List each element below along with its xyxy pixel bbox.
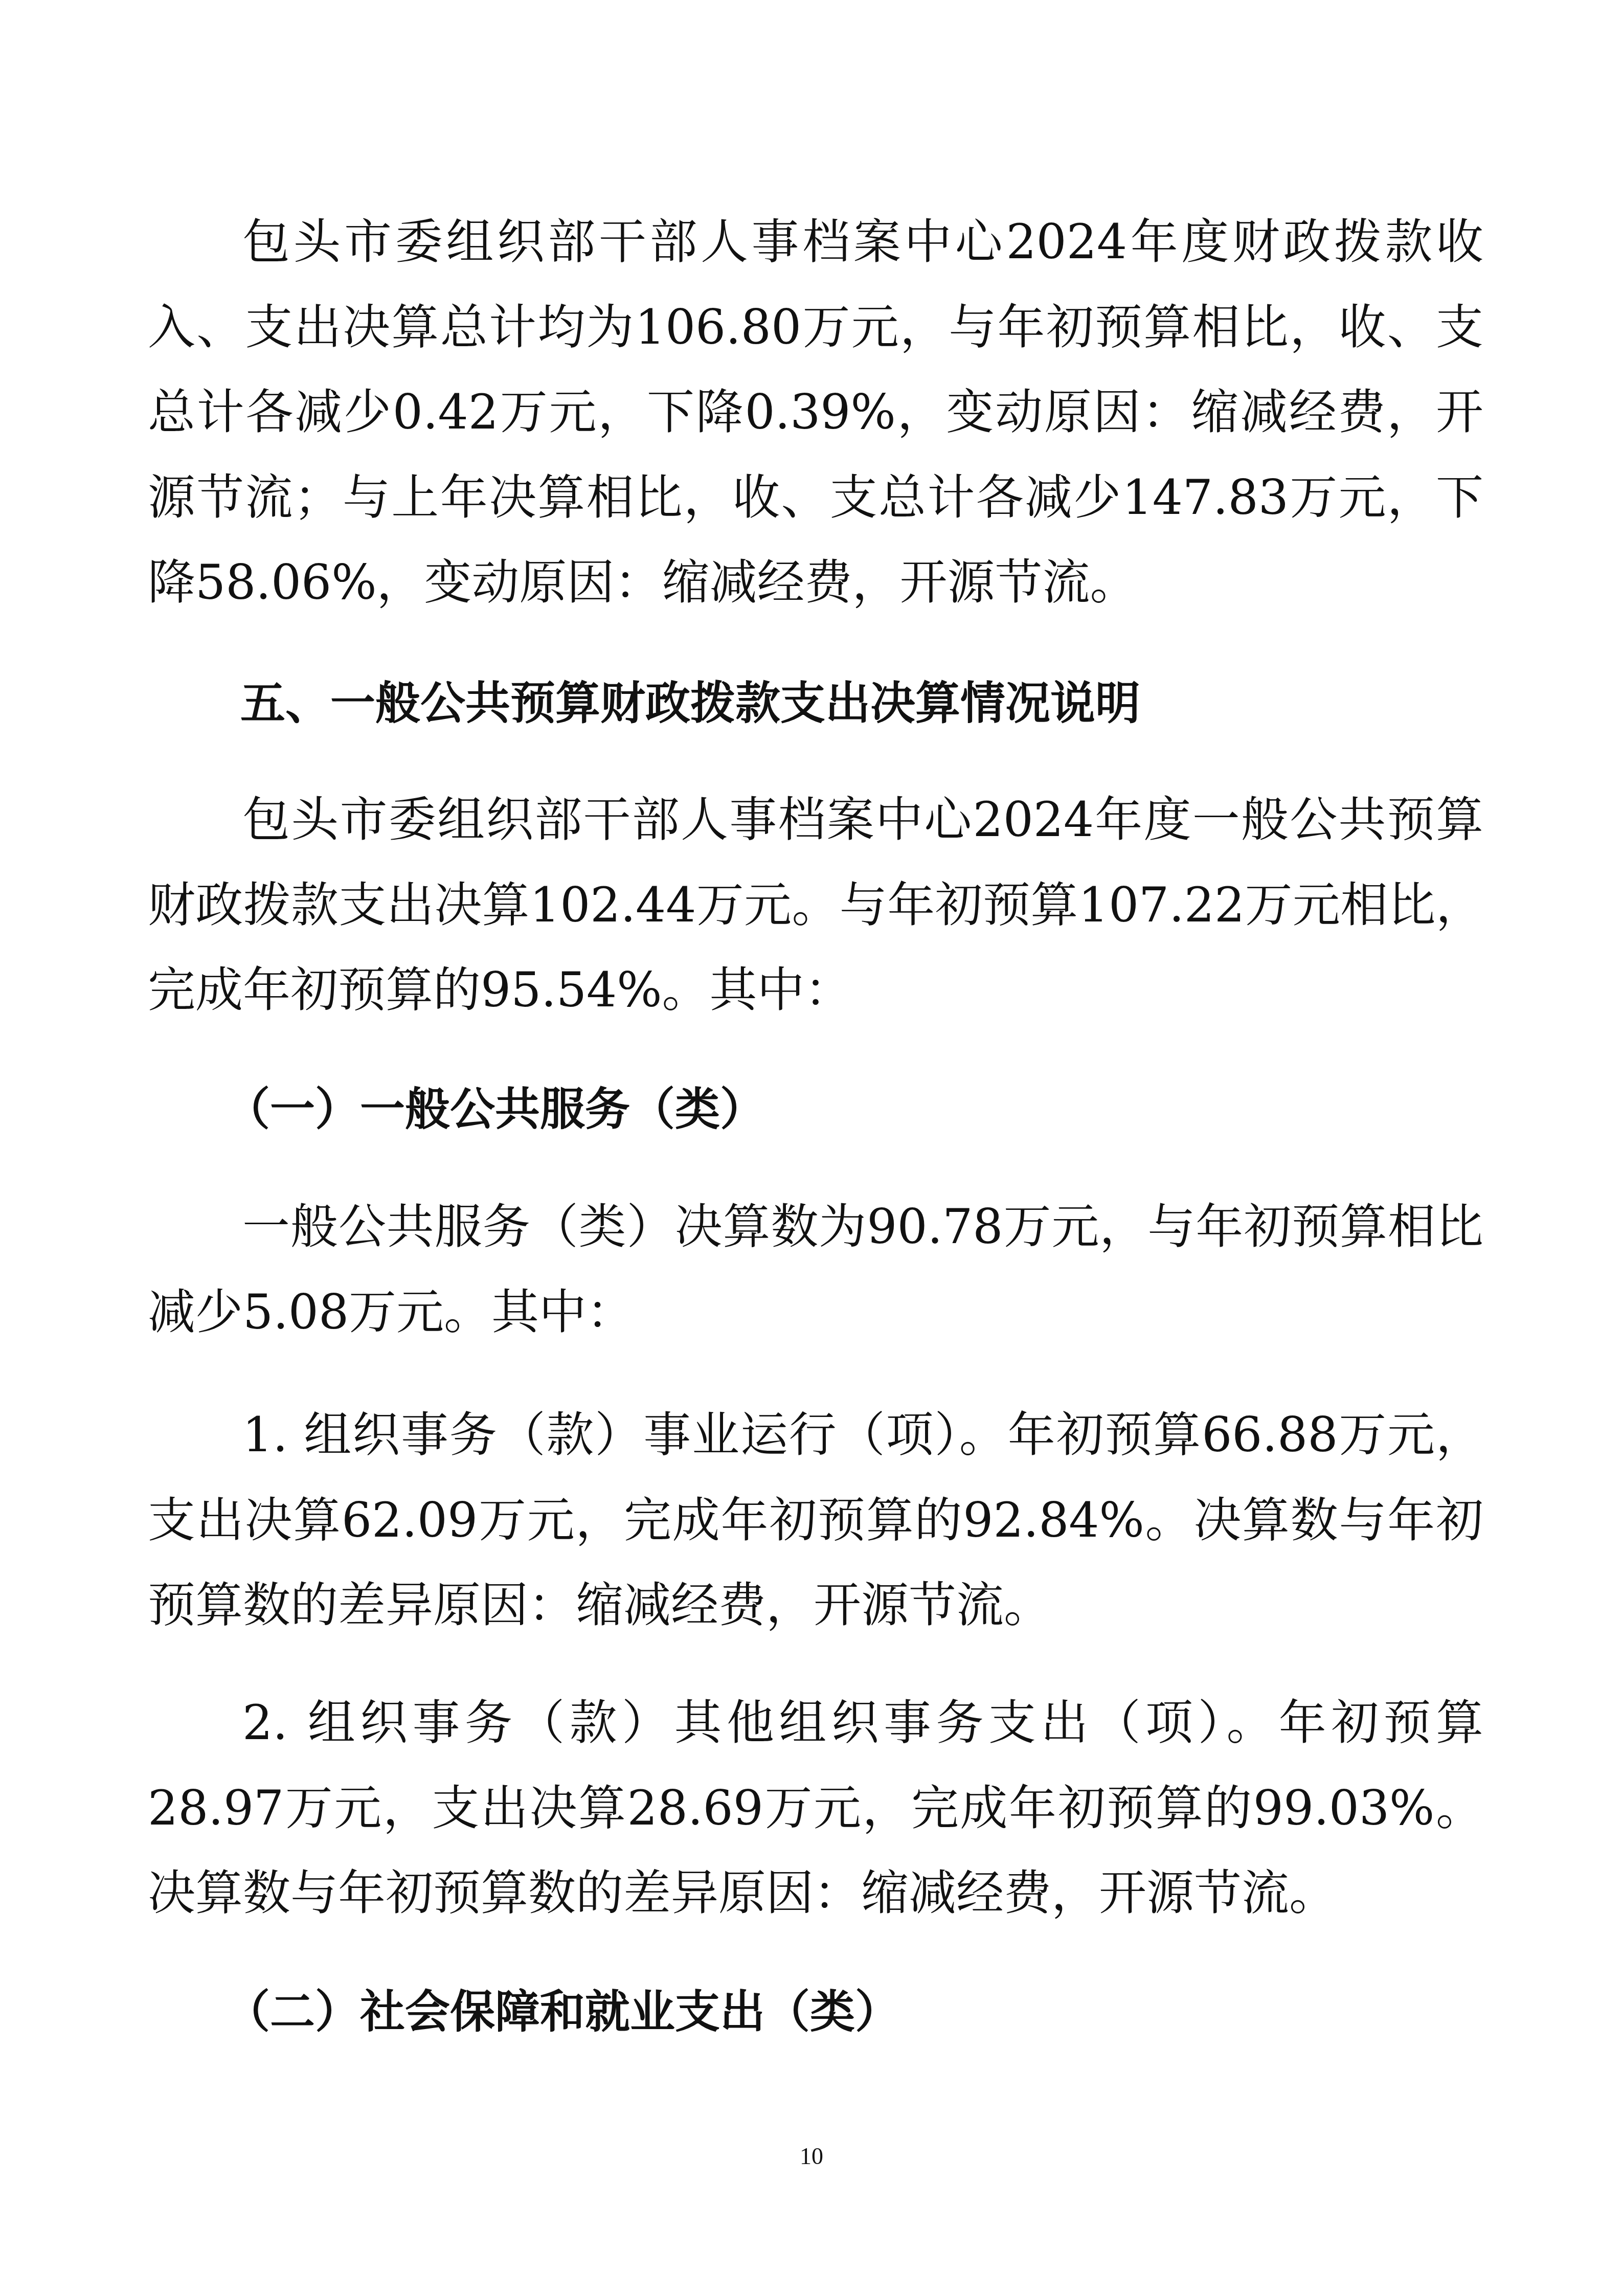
paragraph-general-public-services: 一般公共服务（类）决算数为90.78万元，与年初预算相比减少5.08万元。其中：	[148, 1184, 1483, 1355]
document-page: 包头市委组织部干部人事档案中心2024年度财政拨款收入、支出决算总计均为106.…	[0, 0, 1623, 2296]
page-number: 10	[0, 2143, 1623, 2170]
list-item-1-operations: 1. 组织事务（款）事业运行（项）。年初预算66.88万元，支出决算62.09万…	[148, 1392, 1483, 1648]
paragraph-revenue-expenditure-summary: 包头市委组织部干部人事档案中心2024年度财政拨款收入、支出决算总计均为106.…	[148, 199, 1483, 625]
subsection-heading-general-public-services: （一）一般公共服务（类）	[225, 1067, 1561, 1152]
section-heading-5: 五、一般公共预算财政拨款支出决算情况说明	[240, 661, 1576, 746]
list-item-2-other-affairs: 2. 组织事务（款）其他组织事务支出（项）。年初预算28.97万元，支出决算28…	[148, 1680, 1483, 1936]
subsection-heading-social-security: （二）社会保障和就业支出（类）	[225, 1969, 1561, 2055]
paragraph-general-budget-summary: 包头市委组织部干部人事档案中心2024年度一般公共预算财政拨款支出决算102.4…	[148, 777, 1483, 1033]
